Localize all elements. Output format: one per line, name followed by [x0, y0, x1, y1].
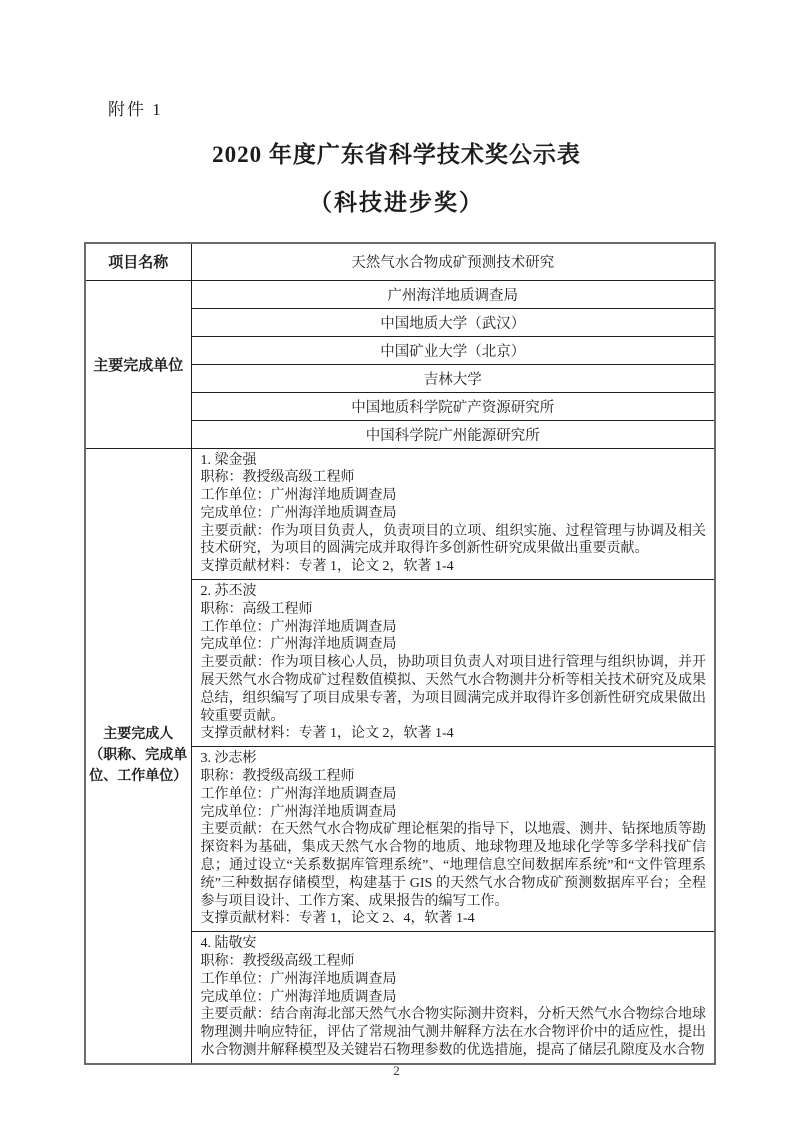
- person-work-unit-line: 工作单位：广州海洋地质调查局: [201, 619, 707, 637]
- completer-row: 主要完成人 （职称、完成单位、工作单位） 1. 梁金强 职称：教授级高级工程师 …: [85, 448, 715, 580]
- person-contribution-line: 主要贡献：在天然气水合物成矿理论框架的指导下，以地震、测井、钻探地质等勘探资料为…: [201, 821, 707, 910]
- person-title-line: 职称：高级工程师: [201, 601, 707, 619]
- document-subtitle: （科技进步奖）: [0, 184, 793, 217]
- person-block-2: 2. 苏丕波 职称：高级工程师 工作单位：广州海洋地质调查局 完成单位：广州海洋…: [191, 580, 715, 747]
- project-name-row: 项目名称 天然气水合物成矿预测技术研究: [85, 243, 715, 280]
- project-name-value: 天然气水合物成矿预测技术研究: [191, 243, 715, 280]
- person-complete-unit-line: 完成单位：广州海洋地质调查局: [201, 989, 707, 1007]
- completers-label-line2: （职称、完成单位、工作单位）: [88, 745, 189, 787]
- person-work-unit-line: 工作单位：广州海洋地质调查局: [201, 487, 707, 505]
- unit-row: 主要完成单位 广州海洋地质调查局: [85, 280, 715, 308]
- award-publicity-table: 项目名称 天然气水合物成矿预测技术研究 主要完成单位 广州海洋地质调查局 中国地…: [84, 242, 716, 1065]
- person-materials-line: 支撑贡献材料：专著 1，论文 2、4，软著 1-4: [201, 910, 707, 928]
- person-complete-unit-line: 完成单位：广州海洋地质调查局: [201, 505, 707, 523]
- completers-label-line1: 主要完成人: [88, 724, 189, 745]
- completers-label: 主要完成人 （职称、完成单位、工作单位）: [85, 448, 191, 1064]
- project-name-label: 项目名称: [85, 243, 191, 280]
- person-name-line: 2. 苏丕波: [201, 583, 707, 601]
- unit-name: 中国地质大学（武汉）: [191, 308, 715, 336]
- person-title-line: 职称：教授级高级工程师: [201, 768, 707, 786]
- person-materials-line: 支撑贡献材料：专著 1，论文 2，软著 1-4: [201, 725, 707, 743]
- person-block-3: 3. 沙志彬 职称：教授级高级工程师 工作单位：广州海洋地质调查局 完成单位：广…: [191, 747, 715, 932]
- unit-name: 中国矿业大学（北京）: [191, 336, 715, 364]
- person-block-4: 4. 陆敬安 职称：教授级高级工程师 工作单位：广州海洋地质调查局 完成单位：广…: [191, 932, 715, 1064]
- person-contribution-line: 主要贡献：作为项目负责人，负责项目的立项、组织实施、过程管理与协调及相关技术研究…: [201, 523, 707, 559]
- attachment-label: 附件 1: [108, 95, 163, 120]
- unit-name: 广州海洋地质调查局: [191, 280, 715, 308]
- person-name-line: 3. 沙志彬: [201, 750, 707, 768]
- person-complete-unit-line: 完成单位：广州海洋地质调查局: [201, 636, 707, 654]
- unit-name: 中国地质科学院矿产资源研究所: [191, 392, 715, 420]
- unit-name: 中国科学院广州能源研究所: [191, 420, 715, 448]
- page-number: 2: [0, 1063, 793, 1079]
- units-label: 主要完成单位: [85, 280, 191, 448]
- person-contribution-line: 主要贡献：作为项目核心人员，协助项目负责人对项目进行管理与组织协调，并开展天然气…: [201, 654, 707, 725]
- person-contribution-line: 主要贡献：结合南海北部天然气水合物实际测井资料，分析天然气水合物综合地球物理测井…: [201, 1006, 707, 1059]
- person-name-line: 1. 梁金强: [201, 452, 707, 470]
- person-block-1: 1. 梁金强 职称：教授级高级工程师 工作单位：广州海洋地质调查局 完成单位：广…: [191, 448, 715, 580]
- person-complete-unit-line: 完成单位：广州海洋地质调查局: [201, 804, 707, 822]
- unit-name: 吉林大学: [191, 364, 715, 392]
- document-title: 2020 年度广东省科学技术奖公示表: [0, 136, 793, 169]
- person-title-line: 职称：教授级高级工程师: [201, 953, 707, 971]
- person-work-unit-line: 工作单位：广州海洋地质调查局: [201, 971, 707, 989]
- person-materials-line: 支撑贡献材料：专著 1，论文 2，软著 1-4: [201, 558, 707, 576]
- person-title-line: 职称：教授级高级工程师: [201, 469, 707, 487]
- person-name-line: 4. 陆敬安: [201, 935, 707, 953]
- person-work-unit-line: 工作单位：广州海洋地质调查局: [201, 786, 707, 804]
